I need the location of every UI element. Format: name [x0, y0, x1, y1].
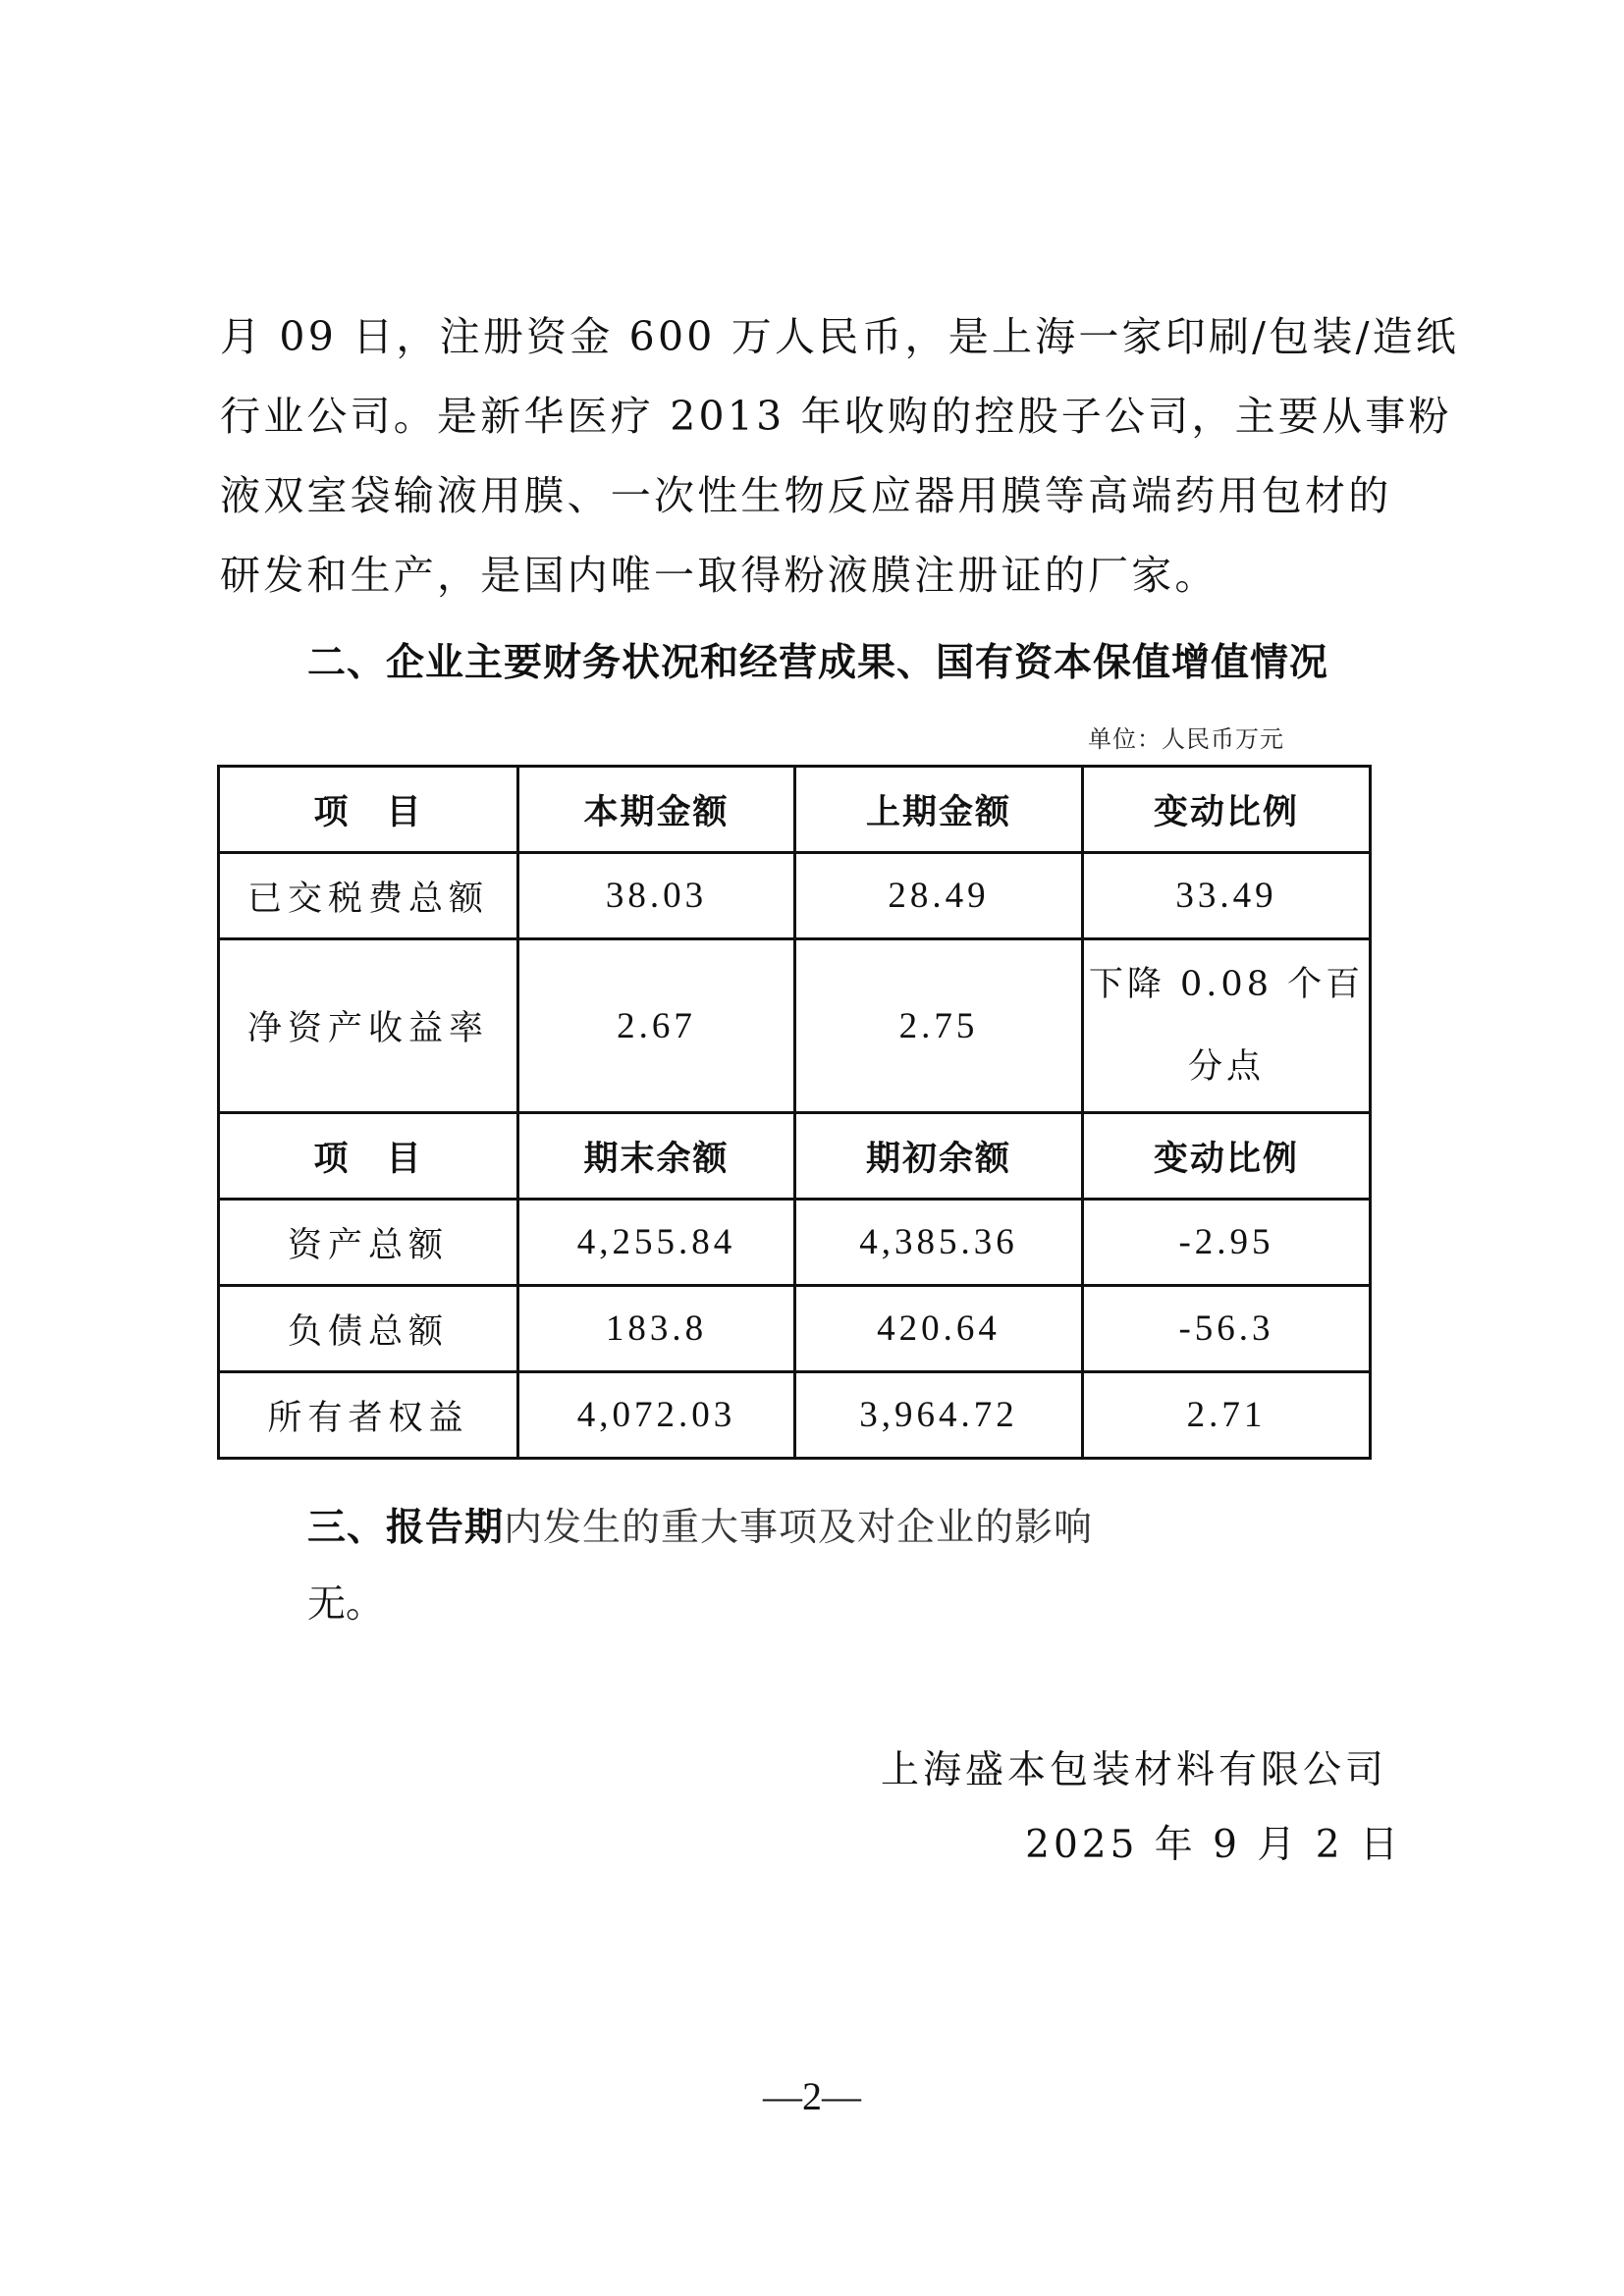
table-row: 所有者权益 4,072.03 3,964.72 2.71: [219, 1372, 1371, 1459]
signature-date: 2025 年 9 月 2 日: [1025, 1814, 1402, 1869]
section-3-heading: 三、报告期内发生的重大事项及对企业的影响: [307, 1497, 1093, 1552]
table-cell: 2.75: [795, 939, 1083, 1113]
table-cell: -56.3: [1083, 1286, 1371, 1372]
unit-label: 单位：人民币万元: [1088, 720, 1284, 754]
table-cell: 2.71: [1083, 1372, 1371, 1459]
page-number: —2—: [0, 2073, 1624, 2119]
column-header: 项 目: [219, 767, 518, 853]
intro-paragraph: 月 09 日，注册资金 600 万人民币，是上海一家印刷/包装/造纸 行业公司。…: [220, 297, 1420, 615]
table-header-row: 项 目 期末余额 期初余额 变动比例: [219, 1113, 1371, 1200]
table-cell: 4,255.84: [518, 1200, 795, 1286]
table-cell: 4,385.36: [795, 1200, 1083, 1286]
table-cell: 33.49: [1083, 853, 1371, 939]
column-header: 变动比例: [1083, 767, 1371, 853]
table-row: 负债总额 183.8 420.64 -56.3: [219, 1286, 1371, 1372]
financial-table: 项 目 本期金额 上期金额 变动比例 已交税费总额 38.03 28.49 33…: [217, 765, 1372, 1460]
table-cell: 28.49: [795, 853, 1083, 939]
table-cell: 3,964.72: [795, 1372, 1083, 1459]
section-3-heading-rest: 内发生的重大事项及对企业的影响: [504, 1506, 1093, 1550]
table-header-row: 项 目 本期金额 上期金额 变动比例: [219, 767, 1371, 853]
row-label: 资产总额: [219, 1200, 518, 1286]
row-label: 净资产收益率: [219, 939, 518, 1113]
column-header: 上期金额: [795, 767, 1083, 853]
column-header: 本期金额: [518, 767, 795, 853]
paragraph-line: 液双室袋输液用膜、一次性生物反应器用膜等高端药用包材的: [220, 456, 1420, 536]
paragraph-line: 研发和生产，是国内唯一取得粉液膜注册证的厂家。: [220, 536, 1420, 615]
paragraph-line: 月 09 日，注册资金 600 万人民币，是上海一家印刷/包装/造纸: [220, 297, 1420, 377]
column-header: 项 目: [219, 1113, 518, 1200]
row-label: 已交税费总额: [219, 853, 518, 939]
table-row: 净资产收益率 2.67 2.75 下降 0.08 个百分点: [219, 939, 1371, 1113]
table-cell: 38.03: [518, 853, 795, 939]
signature-company: 上海盛本包装材料有限公司: [881, 1739, 1387, 1794]
table-row: 已交税费总额 38.03 28.49 33.49: [219, 853, 1371, 939]
table-cell: 4,072.03: [518, 1372, 795, 1459]
column-header: 期初余额: [795, 1113, 1083, 1200]
section-3-body: 无。: [307, 1574, 384, 1629]
table-cell: 下降 0.08 个百分点: [1083, 939, 1371, 1113]
paragraph-line: 行业公司。是新华医疗 2013 年收购的控股子公司，主要从事粉: [220, 377, 1420, 456]
column-header: 变动比例: [1083, 1113, 1371, 1200]
section-2-heading: 二、企业主要财务状况和经营成果、国有资本保值增值情况: [307, 632, 1328, 687]
table-cell: 183.8: [518, 1286, 795, 1372]
column-header: 期末余额: [518, 1113, 795, 1200]
table-cell: -2.95: [1083, 1200, 1371, 1286]
table-row: 资产总额 4,255.84 4,385.36 -2.95: [219, 1200, 1371, 1286]
table-cell: 420.64: [795, 1286, 1083, 1372]
table-cell: 2.67: [518, 939, 795, 1113]
row-label: 所有者权益: [219, 1372, 518, 1459]
section-3-heading-bold: 三、报告期: [307, 1506, 504, 1550]
row-label: 负债总额: [219, 1286, 518, 1372]
